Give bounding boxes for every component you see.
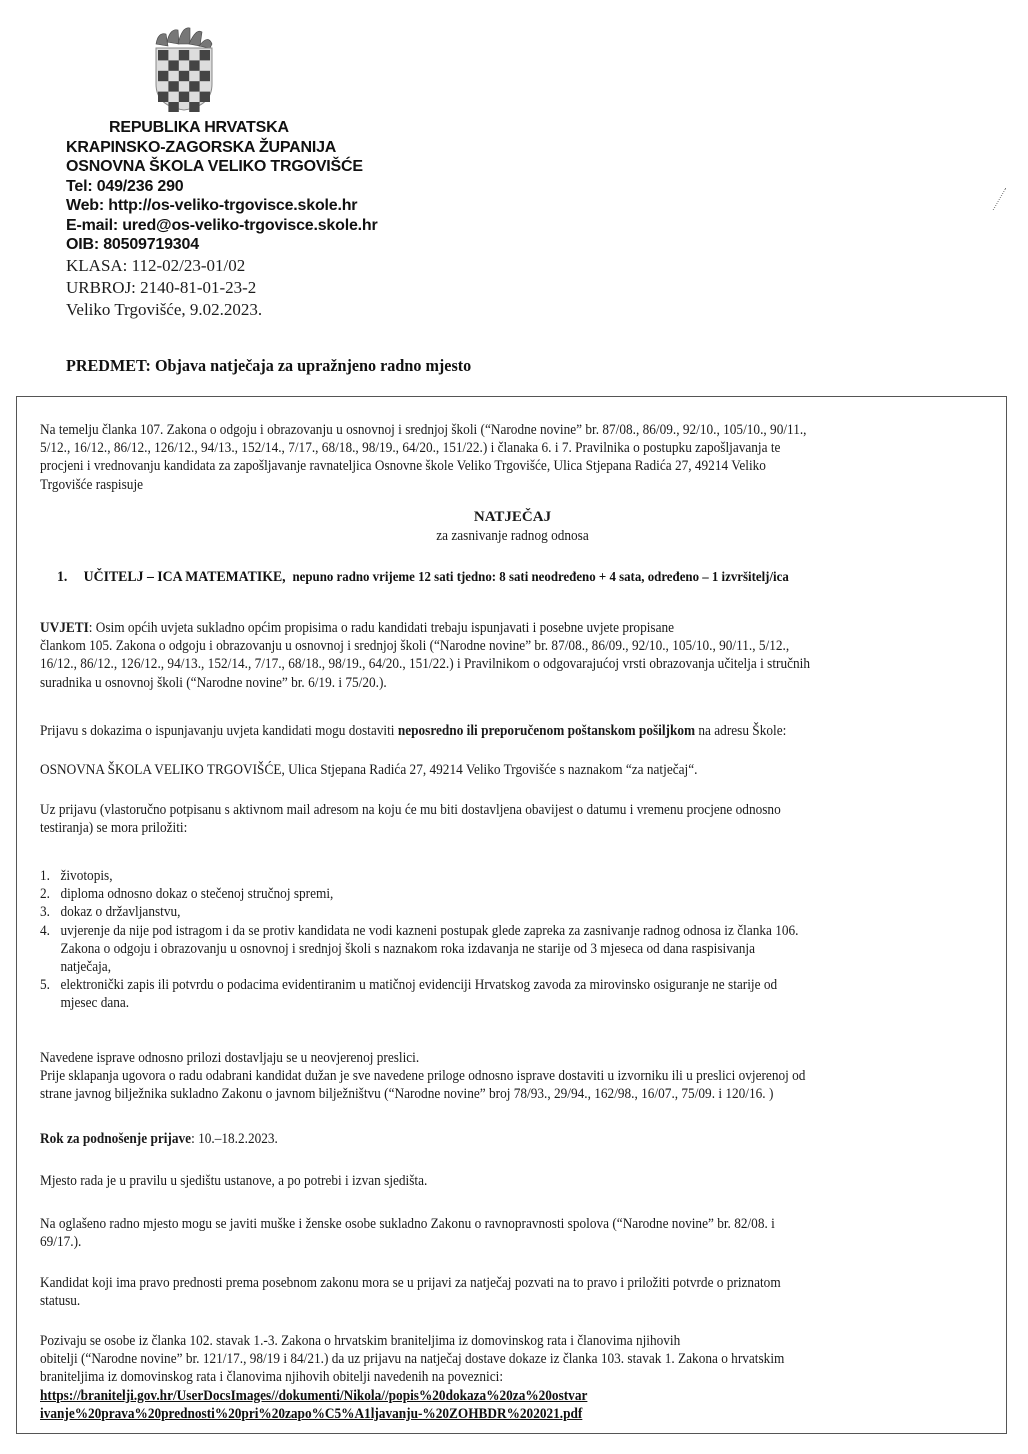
email: E-mail: ured@os-veliko-trgovisce.skole.h… — [66, 216, 378, 236]
announcement-title: NATJEČAJ — [17, 509, 1008, 526]
copies-line: strane javnog bilježnika sukladno Zakonu… — [40, 1085, 805, 1103]
conditions-line: suradnika u osnovnoj školi (“Narodne nov… — [40, 674, 810, 692]
equality-line: Na oglašeno radno mjesto mogu se javiti … — [40, 1215, 775, 1233]
delivery-paragraph: Prijavu s dokazima o ispunjavanju uvjeta… — [40, 722, 786, 740]
conditions-line: 16/12., 86/12., 126/12., 94/13., 152/14.… — [40, 655, 810, 673]
attachments-line: testiranja) se mora priložiti: — [40, 819, 781, 837]
place-date: Veliko Trgovišće, 9.02.2023. — [66, 299, 378, 321]
item-text: diploma odnosno dokaz o stečenoj stručno… — [60, 885, 798, 903]
document-item: 2.diploma odnosno dokaz o stečenoj struč… — [40, 885, 799, 903]
item-number: 4. — [40, 922, 50, 940]
scan-mark — [979, 188, 1007, 210]
item-text: dokaz o državljanstvu, — [60, 903, 798, 921]
workplace-note: Mjesto rada je u pravilu u sjedištu usta… — [40, 1172, 427, 1190]
equality-line: 69/17.). — [40, 1233, 775, 1251]
urbroj: URBROJ: 2140-81-01-23-2 — [66, 277, 378, 299]
veterans-line: braniteljima iz domovinskog rata i člano… — [40, 1368, 784, 1386]
item-text: natječaja, — [60, 958, 798, 976]
item-number: 2. — [40, 885, 50, 903]
veterans-line: obitelji (“Narodne novine” br. 121/17., … — [40, 1350, 784, 1368]
item-number: 5. — [40, 976, 50, 994]
deadline: Rok za podnošenje prijave: 10.–18.2.2023… — [40, 1130, 278, 1148]
veterans-line: Pozivaju se osobe iz članka 102. stavak … — [40, 1332, 784, 1350]
item-text: Zakona o odgoju i obrazovanju u osnovnoj… — [60, 940, 798, 958]
conditions-line: člankom 105. Zakona o odgoju i obrazovan… — [40, 637, 810, 655]
veterans-link-continued[interactable]: ivanje%20prava%20prednosti%20pri%20zapo%… — [40, 1406, 582, 1422]
item-text: elektronički zapis ili potvrdu o podacim… — [60, 976, 798, 994]
copies-paragraph: Navedene isprave odnosno prilozi dostavl… — [40, 1049, 805, 1104]
position-number: 1. — [57, 569, 84, 586]
letterhead: REPUBLIKA HRVATSKA KRAPINSKO-ZAGORSKA ŽU… — [66, 118, 378, 321]
item-number: 1. — [40, 867, 50, 885]
job-position: 1.UČITELJ – ICA MATEMATIKE, nepuno radno… — [57, 569, 789, 586]
coat-of-arms-icon — [152, 26, 216, 112]
deadline-label: Rok za podnošenje prijave — [40, 1131, 191, 1147]
copies-line: Prije sklapanja ugovora o radu odabrani … — [40, 1067, 805, 1085]
intro-line: procjeni i vrednovanju kandidata za zapo… — [40, 457, 806, 475]
document-item: 4.uvjerenje da nije pod istragom i da se… — [40, 922, 799, 977]
conditions-paragraph: UVJETI: Osim općih uvjeta sukladno općim… — [40, 619, 810, 692]
document-item: 3.dokaz o državljanstvu, — [40, 903, 799, 921]
phone: Tel: 049/236 290 — [66, 177, 378, 197]
website: Web: http://os-veliko-trgovisce.skole.hr — [66, 196, 378, 216]
priority-paragraph: Kandidat koji ima pravo prednosti prema … — [40, 1274, 781, 1310]
position-name: UČITELJ – ICA MATEMATIKE, — [84, 569, 286, 585]
required-documents-list: 1.životopis, 2.diploma odnosno dokaz o s… — [40, 867, 799, 1013]
attachments-line: Uz prijavu (vlastoručno potpisanu s akti… — [40, 801, 781, 819]
country-name: REPUBLIKA HRVATSKA — [66, 118, 378, 138]
priority-line: Kandidat koji ima pravo prednosti prema … — [40, 1274, 781, 1292]
veterans-link[interactable]: https://branitelji.gov.hr/UserDocsImages… — [40, 1388, 587, 1404]
priority-line: statusu. — [40, 1292, 781, 1310]
intro-line: Trgovišće raspisuje — [40, 476, 806, 494]
item-text: uvjerenje da nije pod istragom i da se p… — [60, 922, 798, 940]
klasa: KLASA: 112-02/23-01/02 — [66, 255, 378, 277]
subject-line: PREDMET: Objava natječaja za upražnjeno … — [66, 356, 471, 376]
school-name: OSNOVNA ŠKOLA VELIKO TRGOVIŠĆE — [66, 157, 378, 177]
intro-paragraph: Na temelju članka 107. Zakona o odgoju i… — [40, 421, 806, 494]
intro-line: Na temelju članka 107. Zakona o odgoju i… — [40, 421, 806, 439]
position-details: nepuno radno vrijeme 12 sati tjedno: 8 s… — [293, 570, 789, 585]
document-item: 1.životopis, — [40, 867, 799, 885]
document-item: 5.elektronički zapis ili potvrdu o podac… — [40, 976, 799, 1012]
conditions-label: UVJETI — [40, 620, 89, 636]
veterans-paragraph: Pozivaju se osobe iz članka 102. stavak … — [40, 1332, 784, 1423]
oib: OIB: 80509719304 — [66, 235, 378, 255]
announcement-subtitle: za zasnivanje radnog odnosa — [52, 528, 974, 545]
deadline-value: : 10.–18.2.2023. — [191, 1131, 278, 1147]
attachments-intro: Uz prijavu (vlastoručno potpisanu s akti… — [40, 801, 781, 837]
intro-line: 5/12., 16/12., 86/12., 126/12., 94/13., … — [40, 439, 806, 457]
item-text: životopis, — [60, 867, 798, 885]
school-address: OSNOVNA ŠKOLA VELIKO TRGOVIŠĆE, Ulica St… — [40, 761, 697, 779]
conditions-line: : Osim općih uvjeta sukladno općim propi… — [89, 620, 674, 636]
delivery-method: neposredno ili preporučenom poštanskom p… — [398, 723, 695, 739]
delivery-text: Prijavu s dokazima o ispunjavanju uvjeta… — [40, 723, 398, 739]
item-text: mjesec dana. — [60, 994, 798, 1012]
item-number: 3. — [40, 903, 50, 921]
county-name: KRAPINSKO-ZAGORSKA ŽUPANIJA — [66, 138, 378, 158]
announcement-box: Na temelju članka 107. Zakona o odgoju i… — [16, 396, 1007, 1434]
equality-paragraph: Na oglašeno radno mjesto mogu se javiti … — [40, 1215, 775, 1251]
copies-line: Navedene isprave odnosno prilozi dostavl… — [40, 1049, 805, 1067]
delivery-text: na adresu Škole: — [695, 723, 786, 739]
